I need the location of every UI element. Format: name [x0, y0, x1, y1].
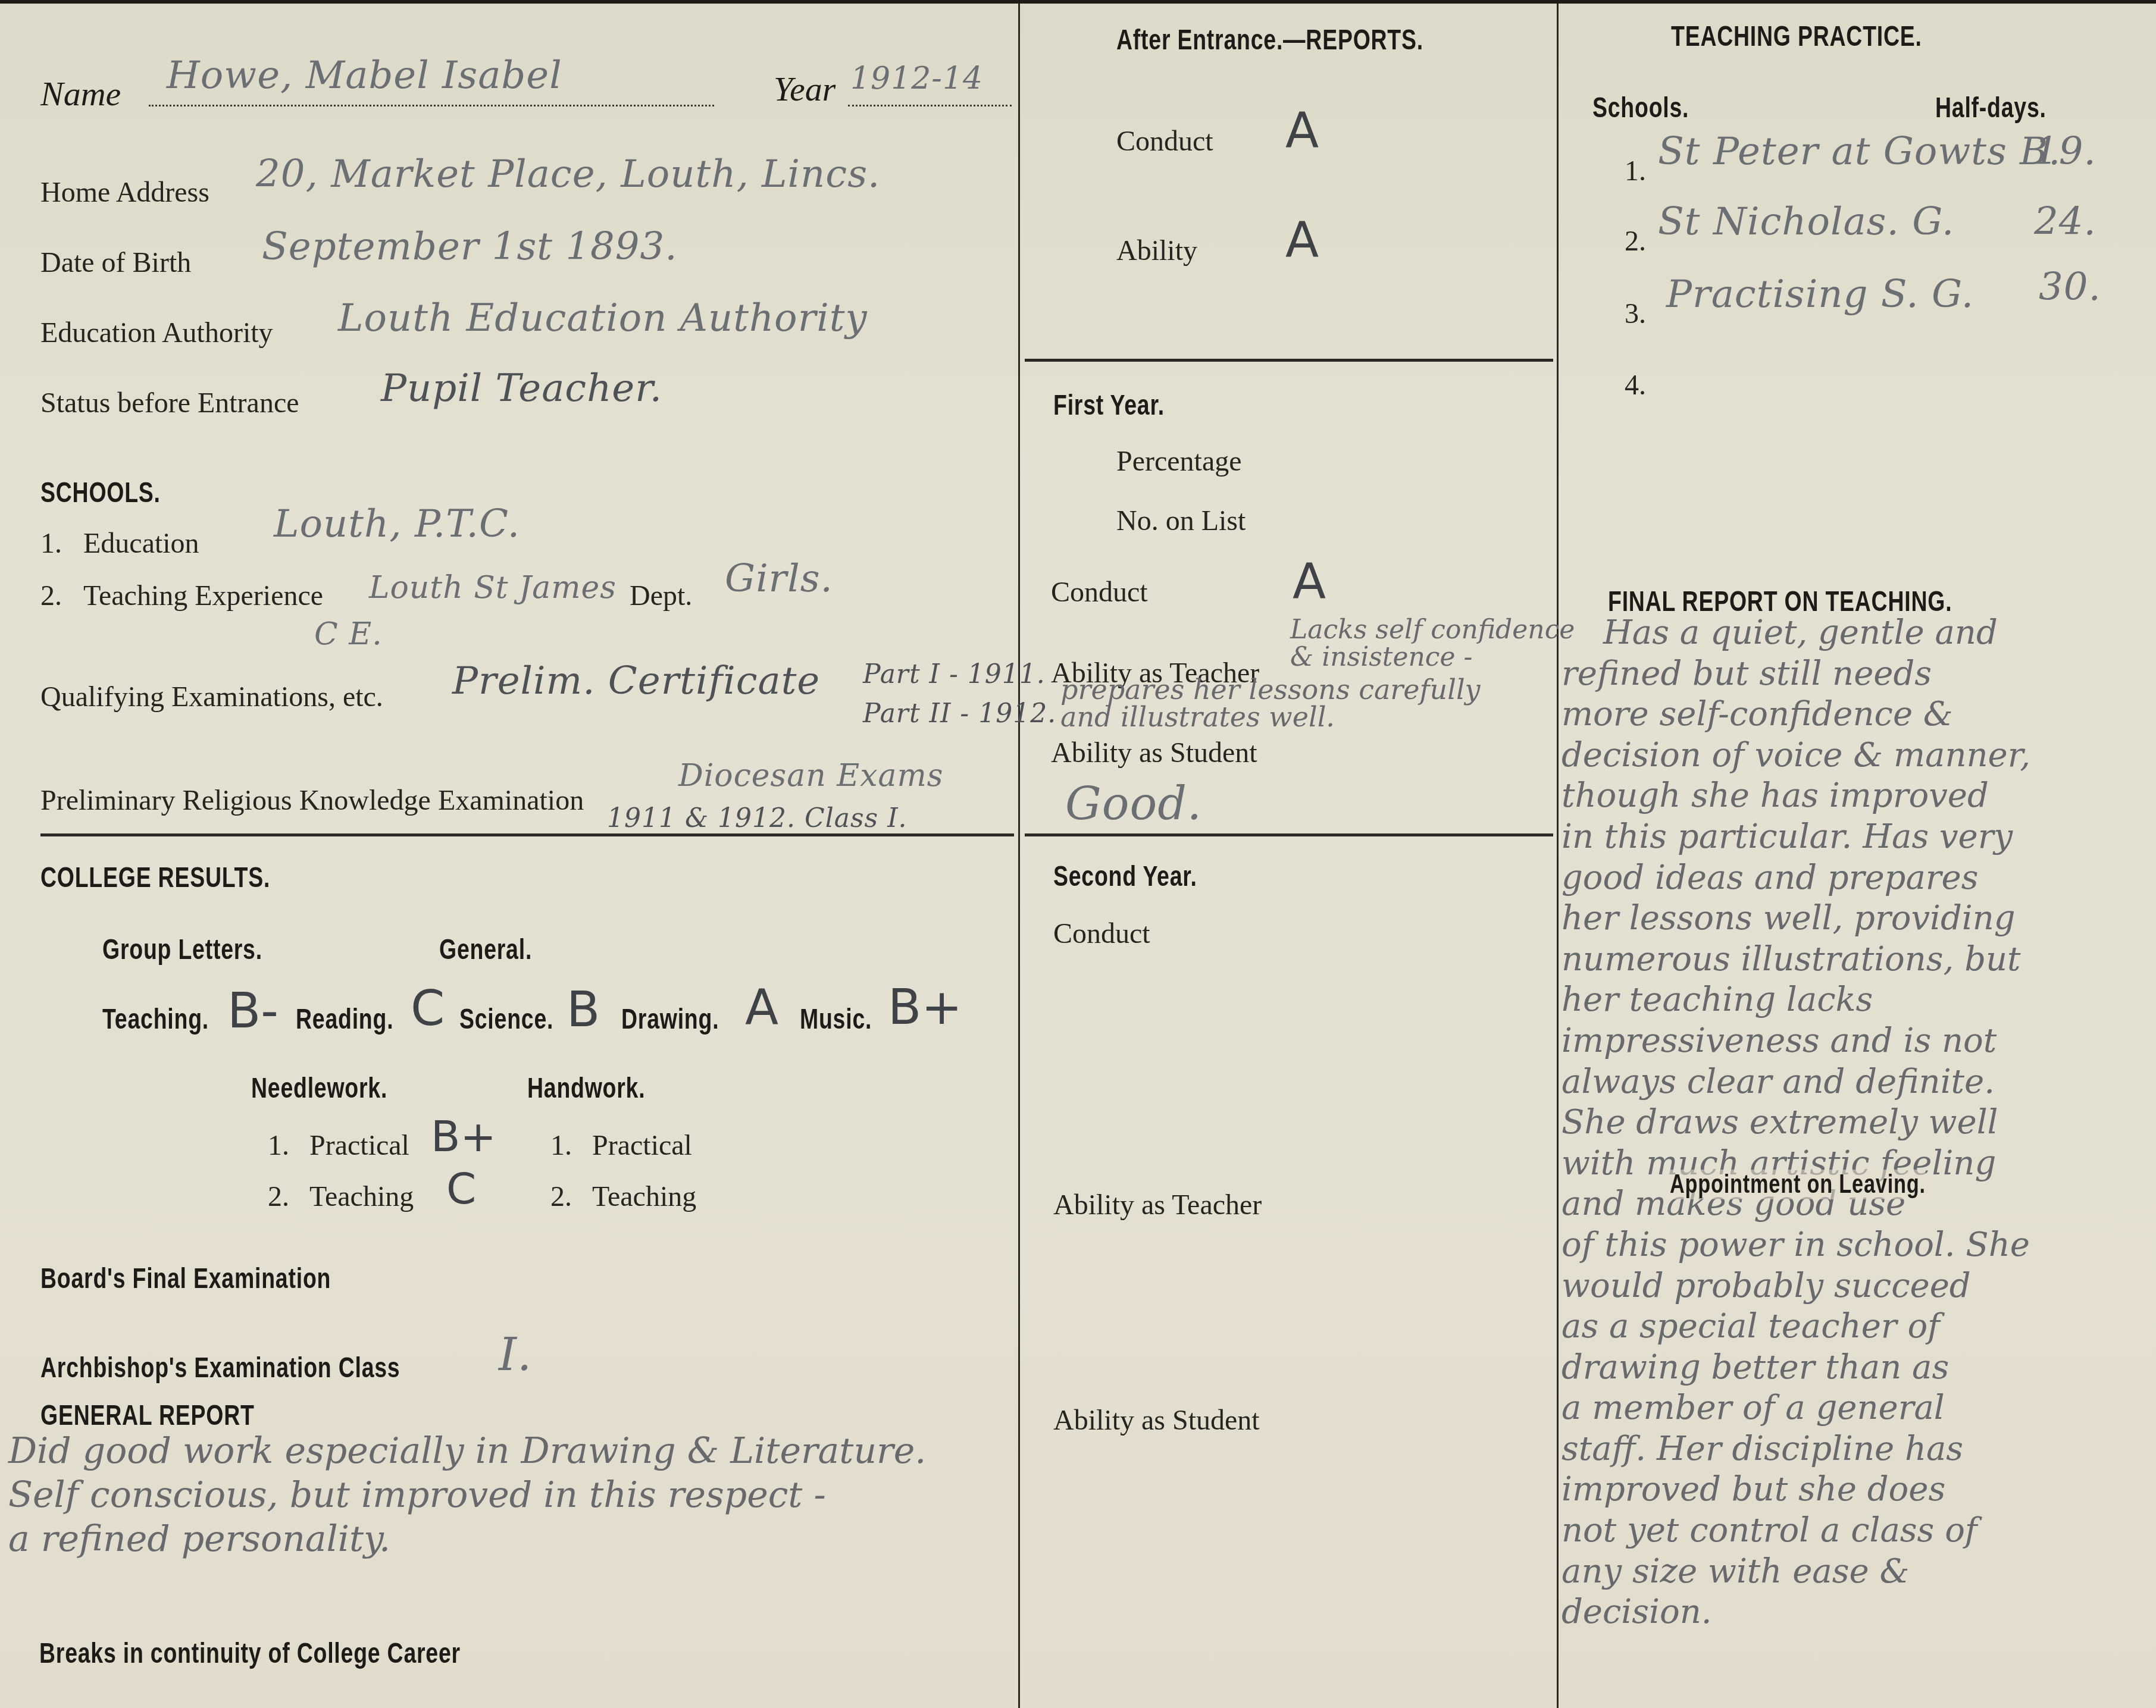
schools-education-num: 1. — [40, 527, 62, 560]
column-divider-left — [1018, 4, 1020, 1708]
name-field: Howe, Mabel Isabel — [149, 61, 714, 106]
ability-teacher-line: prepares her lessons carefully — [1060, 676, 1481, 703]
subject-teaching-grade: B- — [227, 983, 279, 1039]
final-report-line: She draws extremely well — [1562, 1102, 2030, 1143]
subject-teaching-label: Teaching. — [102, 1003, 209, 1036]
subject-science-grade: B — [567, 982, 600, 1038]
final-report-line: though she has improved — [1562, 776, 2030, 817]
appointment-label: Appointment on Leaving. — [1670, 1170, 1926, 1199]
tp-row-halfdays: 24. — [2034, 200, 2096, 244]
qualifying-value: Prelim. Certificate — [452, 659, 820, 703]
name-label: Name — [40, 74, 121, 113]
group-letters-label: Group Letters. — [102, 933, 262, 966]
first-year-ability-student-label: Ability as Student — [1051, 737, 1257, 769]
reports-conduct-label: Conduct — [1116, 125, 1213, 158]
handwork-practical-label: Practical — [592, 1129, 692, 1162]
final-report-line: as a special teacher of — [1562, 1306, 2030, 1347]
teaching-practice-heading: TEACHING PRACTICE. — [1671, 20, 1922, 53]
schools-heading: SCHOOLS. — [40, 477, 161, 509]
final-report-line: her lessons well, providing — [1562, 898, 2030, 939]
final-report-line: always clear and definite. — [1562, 1062, 2030, 1103]
final-report-line: staff. Her discipline has — [1562, 1429, 2030, 1470]
subject-reading-grade: C — [411, 980, 445, 1037]
general-label: General. — [439, 933, 532, 966]
final-report-line: improved but she does — [1562, 1469, 2030, 1510]
tp-row-school: St Nicholas. G. — [1658, 200, 1954, 244]
first-year-no-on-list-label: No. on List — [1116, 504, 1246, 537]
handwork-practical-num: 1. — [550, 1129, 572, 1162]
final-report-line: decision of voice & manner, — [1562, 735, 2030, 776]
schools-dept-value: Girls. — [725, 557, 833, 601]
needlework-teaching-label: Teaching — [309, 1180, 414, 1213]
first-year-conduct-value: A — [1293, 553, 1326, 610]
first-year-ability-teacher-value-b: prepares her lessons carefully and illus… — [1060, 676, 1481, 731]
year-field: 1912-14 — [848, 61, 1012, 106]
final-report-text: Has a quiet, gentle and refined but stil… — [1562, 613, 2030, 1633]
needlework-practical-label: Practical — [309, 1129, 409, 1162]
first-year-heading: First Year. — [1053, 389, 1165, 422]
final-report-line: would probably succeed — [1562, 1266, 2030, 1307]
religious-value-line1: Diocesan Exams — [678, 758, 944, 794]
reports-heading: After Entrance.—REPORTS. — [1116, 24, 1423, 57]
subject-music-label: Music. — [800, 1003, 872, 1036]
first-year-ability-student-value: Good. — [1065, 777, 1202, 830]
education-authority-value: Louth Education Authority — [338, 296, 868, 340]
final-report-line: numerous illustrations, but — [1562, 939, 2030, 980]
religious-label: Preliminary Religious Knowledge Examinat… — [40, 784, 584, 817]
student-record-card: Name Howe, Mabel Isabel Year 1912-14 Hom… — [0, 4, 2156, 1708]
tp-row-halfdays: 19. — [2034, 130, 2096, 174]
final-report-line: decision. — [1562, 1592, 2030, 1633]
schools-dept-label: Dept. — [630, 579, 692, 612]
final-report-line: her teaching lacks — [1562, 980, 2030, 1021]
subject-drawing-label: Drawing. — [621, 1003, 719, 1036]
needlework-teaching-num: 2. — [268, 1180, 289, 1213]
needlework-practical-num: 1. — [268, 1129, 289, 1162]
reports-ability-value: A — [1285, 212, 1319, 268]
reports-conduct-value: A — [1285, 102, 1319, 159]
final-report-line: any size with ease & — [1562, 1552, 2030, 1593]
ability-teacher-line: & insistence - — [1290, 644, 1575, 671]
first-year-ability-teacher-value-a: Lacks self confidence & insistence - — [1290, 616, 1575, 671]
breaks-label: Breaks in continuity of College Career — [39, 1637, 461, 1670]
rule-middle-bottom — [1025, 833, 1553, 836]
general-report-heading: GENERAL REPORT — [40, 1399, 255, 1432]
year-value: 1912-14 — [850, 61, 983, 96]
second-year-heading: Second Year. — [1053, 860, 1197, 893]
dob-label: Date of Birth — [40, 246, 191, 279]
ability-teacher-line: Lacks self confidence — [1290, 616, 1575, 644]
subject-reading-label: Reading. — [296, 1003, 393, 1036]
general-report-text: Did good work especially in Drawing & Li… — [8, 1429, 926, 1561]
schools-teaching-value-line2: C E. — [314, 616, 383, 652]
status-label: Status before Entrance — [40, 387, 299, 419]
general-report-line: Self conscious, but improved in this res… — [8, 1473, 926, 1517]
final-report-line: in this particular. Has very — [1562, 817, 2030, 858]
tp-row-num: 3. — [1625, 297, 1646, 330]
final-report-line: more self-confidence & — [1562, 694, 2030, 735]
final-report-line: refined but still needs — [1562, 654, 2030, 695]
tp-row-halfdays: 30. — [2039, 265, 2101, 309]
final-report-line: impressiveness and is not — [1562, 1021, 2030, 1062]
name-row: Name — [40, 74, 121, 114]
education-authority-label: Education Authority — [40, 316, 273, 349]
general-report-line: a refined personality. — [8, 1517, 926, 1561]
ability-teacher-line: and illustrates well. — [1060, 703, 1481, 731]
qualifying-part2: Part II - 1912. — [863, 698, 1056, 729]
general-report-line: Did good work especially in Drawing & Li… — [8, 1429, 926, 1473]
second-year-ability-student-label: Ability as Student — [1053, 1404, 1260, 1437]
rule-middle-top — [1025, 359, 1553, 362]
qualifying-label: Qualifying Examinations, etc. — [40, 681, 383, 713]
final-report-line: not yet control a class of — [1562, 1510, 2030, 1552]
college-results-heading: COLLEGE RESULTS. — [40, 861, 270, 894]
second-year-conduct-label: Conduct — [1053, 917, 1150, 950]
final-report-line: good ideas and prepares — [1562, 858, 2030, 899]
needlework-teaching-grade: C — [446, 1164, 476, 1214]
qualifying-part1: Part I - 1911. — [863, 659, 1046, 690]
second-year-ability-teacher-label: Ability as Teacher — [1053, 1189, 1262, 1221]
handwork-teaching-num: 2. — [550, 1180, 572, 1213]
subject-drawing-grade: A — [745, 979, 778, 1036]
final-report-line: Has a quiet, gentle and — [1562, 613, 2030, 654]
first-year-conduct-label: Conduct — [1051, 576, 1148, 609]
subject-music-grade: B+ — [888, 979, 962, 1036]
teaching-practice-schools-col: Schools. — [1592, 92, 1689, 124]
tp-row-num: 1. — [1625, 155, 1646, 187]
home-address-label: Home Address — [40, 176, 209, 209]
religious-value-line2: 1911 & 1912. Class I. — [607, 803, 908, 833]
needlework-label: Needlework. — [251, 1072, 387, 1105]
handwork-label: Handwork. — [527, 1072, 645, 1105]
status-value: Pupil Teacher. — [381, 366, 662, 410]
tp-row-num: 2. — [1625, 225, 1646, 258]
final-report-line: a member of a general — [1562, 1388, 2030, 1429]
dob-value: September 1st 1893. — [262, 225, 678, 269]
subject-science-label: Science. — [459, 1003, 553, 1036]
archbishop-label: Archbishop's Examination Class — [40, 1352, 400, 1384]
archbishop-value: I. — [499, 1328, 532, 1381]
tp-row-num: 4. — [1625, 369, 1646, 402]
reports-ability-label: Ability — [1116, 234, 1197, 267]
first-year-percentage-label: Percentage — [1116, 445, 1242, 478]
home-address-value: 20, Market Place, Louth, Lincs. — [256, 152, 880, 196]
handwork-teaching-label: Teaching — [592, 1180, 696, 1213]
tp-row-school: St Peter at Gowts B. — [1658, 130, 2061, 174]
final-report-line: drawing better than as — [1562, 1347, 2030, 1389]
schools-teaching-label: Teaching Experience — [83, 579, 323, 612]
year-label: Year — [774, 69, 836, 109]
final-report-line: of this power in school. She — [1562, 1225, 2030, 1266]
column-divider-right — [1557, 4, 1559, 1708]
schools-education-value: Louth, P.T.C. — [274, 502, 520, 546]
schools-teaching-num: 2. — [40, 579, 62, 612]
name-value: Howe, Mabel Isabel — [167, 54, 562, 98]
rule-left — [40, 833, 1014, 836]
teaching-practice-halfdays-col: Half-days. — [1935, 92, 2047, 124]
schools-education-label: Education — [83, 527, 199, 560]
boards-final-label: Board's Final Examination — [40, 1262, 331, 1295]
schools-teaching-value: Louth St James — [369, 570, 617, 606]
tp-row-school: Practising S. G. — [1666, 272, 1974, 316]
needlework-practical-grade: B+ — [431, 1111, 496, 1161]
